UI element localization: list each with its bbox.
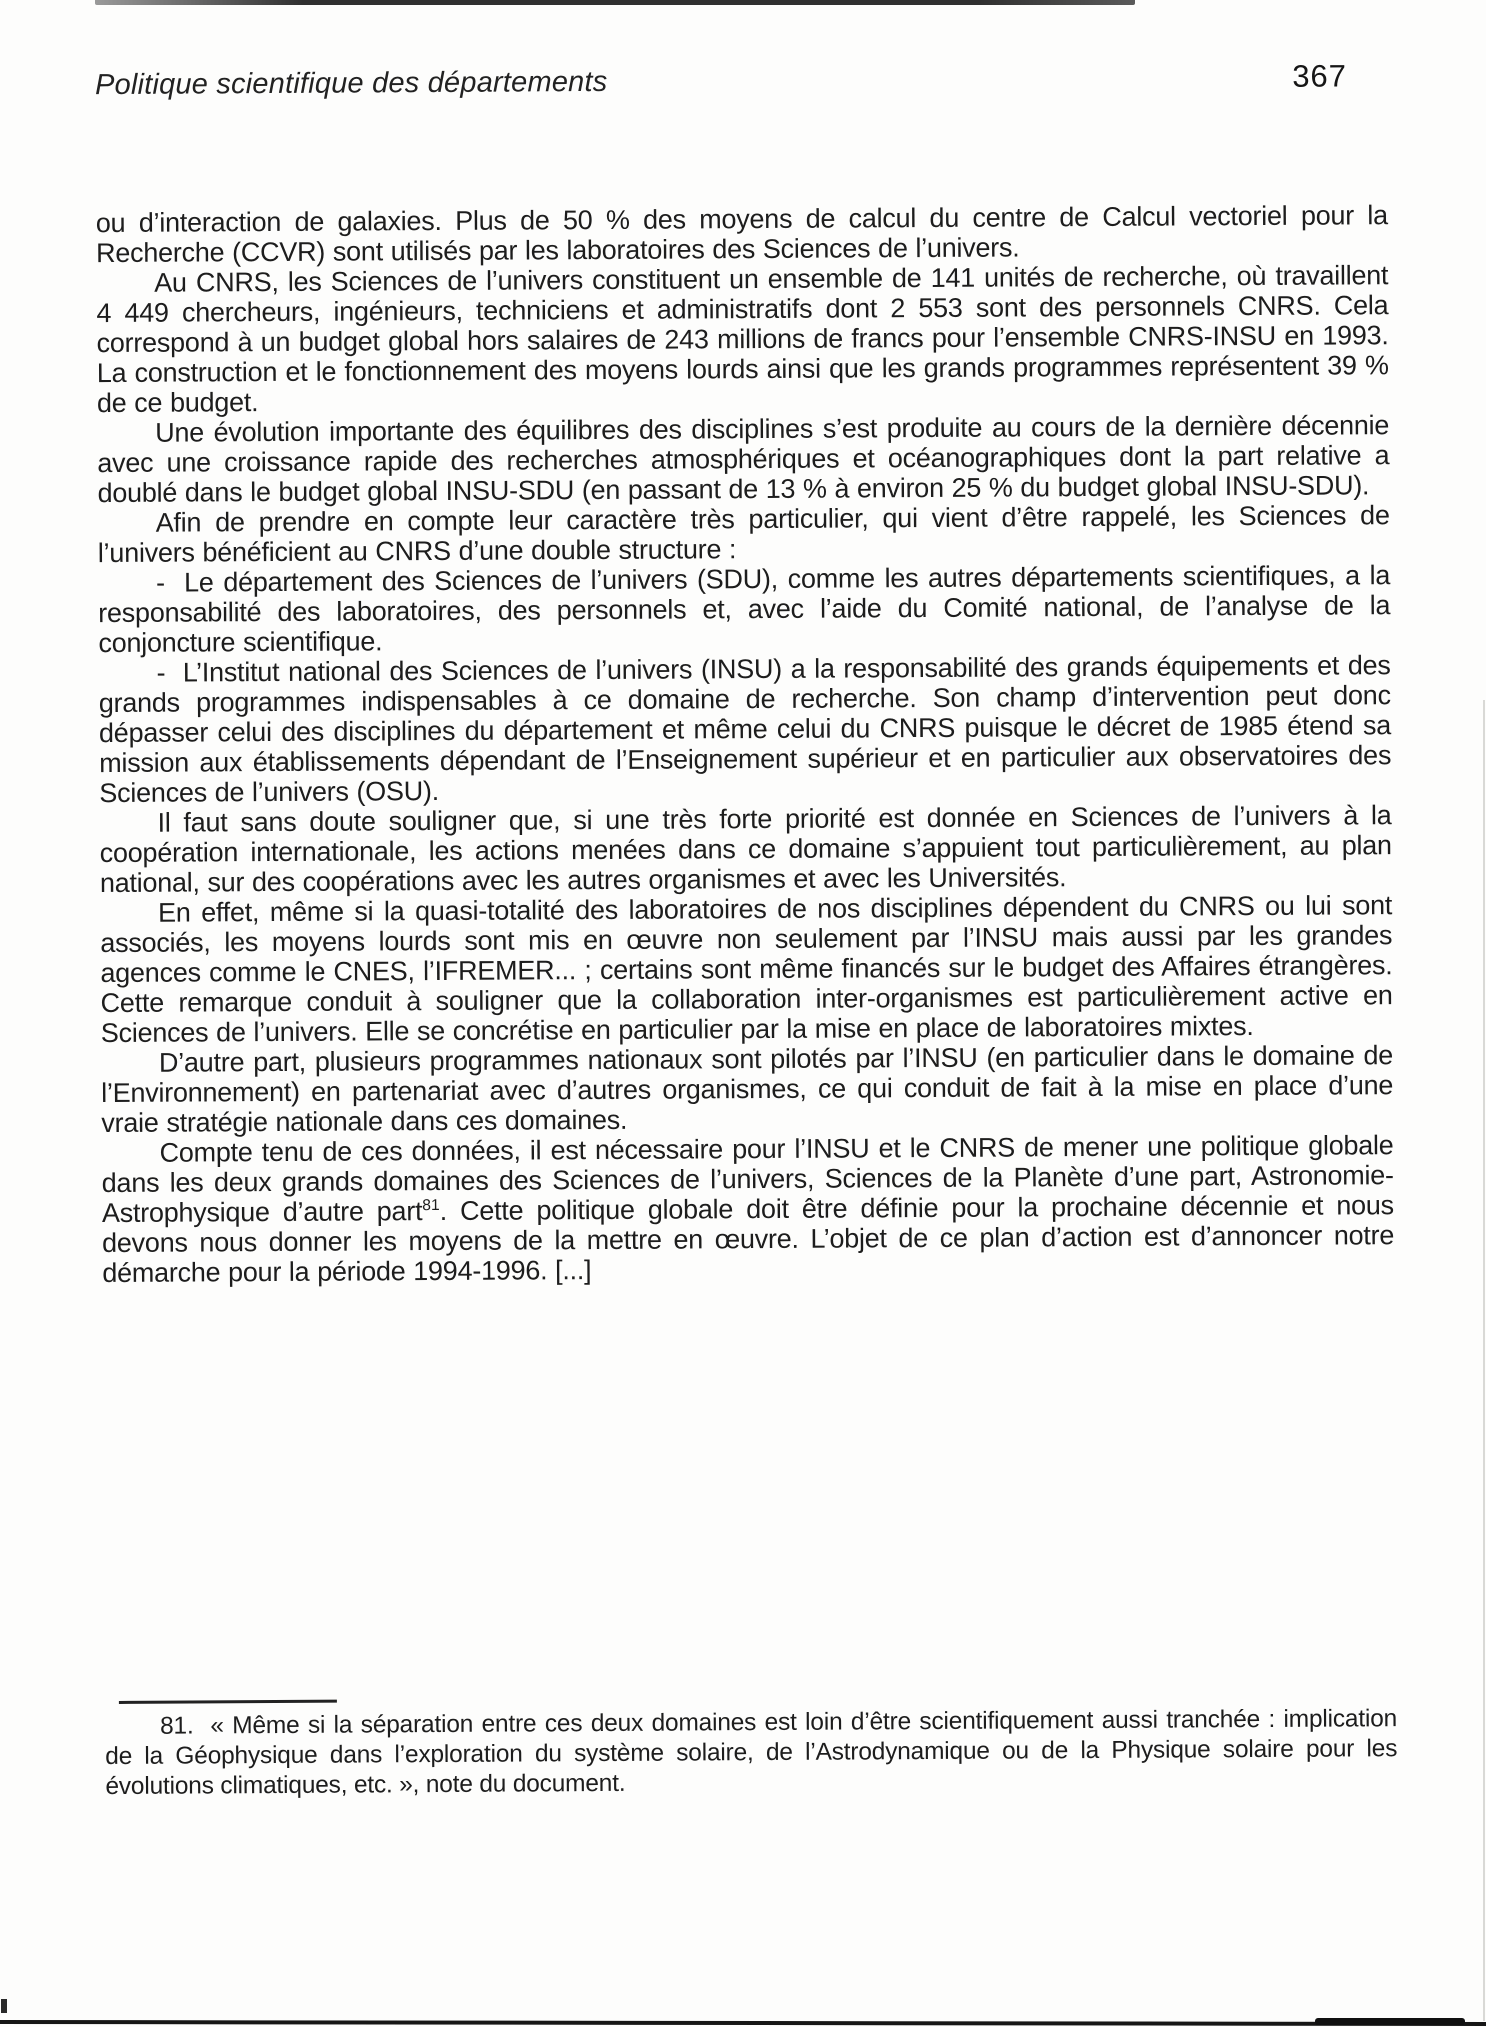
footnote-divider [119, 1700, 337, 1704]
paragraph: Afin de prendre en compte leur caractère… [98, 500, 1390, 568]
paragraph: En effet, même si la quasi-totalité des … [100, 890, 1393, 1048]
body-text: ou d’interaction de galaxies. Plus de 50… [96, 200, 1395, 1288]
paragraph: - Le département des Sciences de l’unive… [98, 560, 1391, 658]
paragraph: ou d’interaction de galaxies. Plus de 50… [96, 200, 1388, 268]
scan-artifact-page-edge [1483, 700, 1485, 2021]
paragraph: D’autre part, plusieurs programmes natio… [101, 1040, 1394, 1138]
page-number: 367 [1292, 58, 1347, 94]
paragraph: Au CNRS, les Sciences de l’univers const… [96, 260, 1389, 418]
footnote-reference: 81 [422, 1197, 440, 1214]
scanned-book-page: Politique scientifique des départements … [0, 0, 1486, 2027]
page-header: Politique scientifique des départements … [95, 58, 1387, 102]
paragraph: Compte tenu de ces données, il est néces… [101, 1130, 1394, 1288]
paragraph: - L’Institut national des Sciences de l’… [99, 650, 1392, 808]
scan-artifact-bottom-blob [1315, 2018, 1465, 2025]
page-content: Politique scientifique des départements … [0, 0, 1486, 2027]
footnote: 81. « Même si la séparation entre ces de… [105, 1704, 1398, 1802]
scan-artifact-speck [1, 1999, 7, 2013]
paragraph: Il faut sans doute souligner que, si une… [99, 800, 1392, 898]
paragraph: Une évolution importante des équilibres … [97, 410, 1390, 508]
running-title: Politique scientifique des départements [95, 66, 608, 102]
